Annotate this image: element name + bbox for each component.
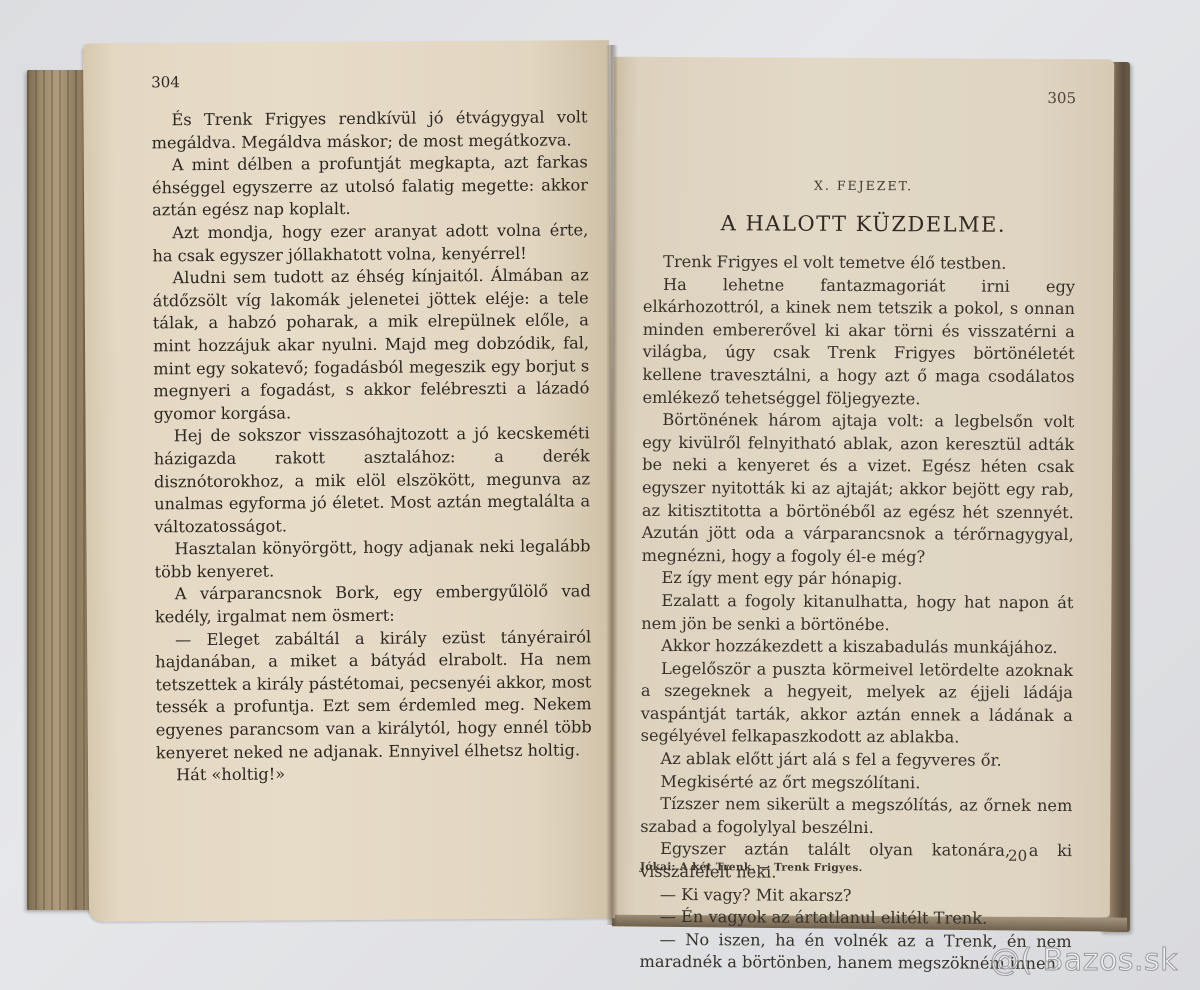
paragraph: Ez így ment egy pár hónapig. bbox=[641, 567, 1073, 592]
paragraph: Trenk Frigyes el volt temetve élő testbe… bbox=[643, 251, 1075, 276]
paragraph: És Trenk Frigyes rendkívül jó étvágygyal… bbox=[151, 106, 587, 154]
paragraph: Hej de sokszor visszasóhajtozott a jó ke… bbox=[154, 423, 591, 539]
left-page-text: És Trenk Frigyes rendkívül jó étvágygyal… bbox=[151, 106, 592, 787]
paragraph: Azt mondja, hogy ezer aranyat adott voln… bbox=[152, 219, 588, 267]
paragraph: — Ki vagy? Mit akarsz? bbox=[640, 883, 1072, 908]
paragraph: Az ablak előtt járt alá s fel a fegyvere… bbox=[641, 748, 1073, 773]
paragraph: Tízszer nem sikerült a megszólítás, az ő… bbox=[640, 793, 1072, 840]
paragraph: — Eleget zabáltál a király ezüst tányéra… bbox=[155, 626, 592, 765]
paragraph: Legelőször a puszta körmeivel letördelte… bbox=[641, 658, 1073, 751]
paragraph: Aludni sem tudott az éhség kínjaitól. Ál… bbox=[153, 264, 590, 425]
page-number-left: 304 bbox=[151, 73, 180, 91]
paragraph: Akkor hozzákezdett a kiszabadulás munkáj… bbox=[641, 635, 1073, 660]
paragraph: — Én vagyok az ártatlanul elitélt Trenk. bbox=[640, 906, 1072, 931]
chapter-title: A HALOTT KÜZDELME. bbox=[613, 211, 1113, 238]
paragraph: Hasztalan könyörgött, hogy adjanak neki … bbox=[154, 536, 590, 584]
paragraph: Ha lehetne fantazmagoriát irni egy elkár… bbox=[642, 273, 1075, 411]
paragraph: Börtönének három ajtaja volt: a legbelső… bbox=[642, 409, 1075, 569]
footer-signature: Jókai: A két Trenk. — Trenk Frigyes. bbox=[640, 861, 863, 874]
left-page: 304 És Trenk Frigyes rendkívül jó étvágy… bbox=[83, 40, 615, 922]
paragraph: Ezalatt a fogoly kitanulhatta, hogy hat … bbox=[641, 590, 1073, 637]
signature-number: 20 bbox=[1008, 847, 1027, 865]
watermark: @( Bazos.sk bbox=[990, 943, 1178, 978]
book-photo: 304 És Trenk Frigyes rendkívül jó étvágy… bbox=[0, 0, 1200, 990]
chapter-label: X. FEJEZET. bbox=[614, 177, 1114, 195]
book-gutter bbox=[606, 45, 618, 925]
paragraph: A várparancsnok Bork, egy embergyűlölő v… bbox=[155, 581, 591, 629]
paragraph: Hát «holtig!» bbox=[156, 762, 592, 788]
right-page: 305 X. FEJEZET. A HALOTT KÜZDELME. Trenk… bbox=[610, 57, 1114, 918]
paragraph: Megkisérté az őrt megszólítani. bbox=[640, 771, 1072, 796]
paragraph: A mint délben a profuntját megkapta, azt… bbox=[152, 152, 588, 223]
page-number-right: 305 bbox=[1047, 89, 1076, 107]
